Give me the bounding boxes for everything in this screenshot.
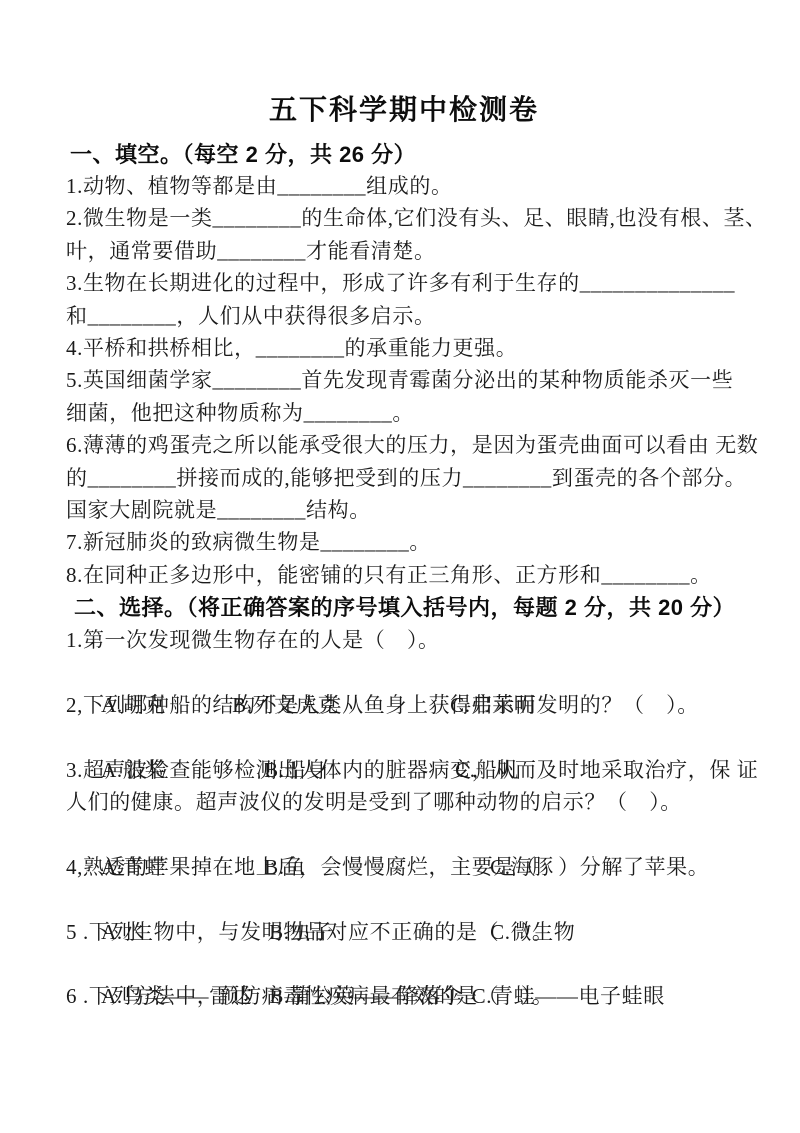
fill-q6-line3: 国家大剧院就是________结构。 [66,494,742,526]
choice-q3-stem-line1: 3.超声波检查能够检测出人体内的脏器病变，从而及时地采取治疗，保 证 [66,754,742,786]
page-title: 五下科学期中检测卷 [66,0,742,128]
fill-q5-line2: 细菌，他把这种物质称为________。 [66,397,742,429]
section-multiple-choice: 二、选择。（将正确答案的序号填入括号内，每题 2 分，共 20 分） 1.第一次… [66,591,742,1013]
choice-q3-options: A.青蛙B.鱼C.海豚 [66,818,742,850]
choice-q2-options: A.船桨B.船身C.船帆 [66,721,742,753]
choice-q2-stem: 2,下列哪种船的结构不是人类从鱼身上获得启示而发明的？（ ）。 [66,689,742,721]
choice-q3-stem-line2: 人们的健康。超声波仪的发明是受到了哪种动物的启示？（ ）。 [66,786,742,818]
fill-q2-line2: 叶，通常要借助________才能看清楚。 [66,235,742,267]
exam-paper-page: 五下科学期中检测卷 一、填空。（每空 2 分，共 26 分） 1.动物、植物等都… [0,0,800,1133]
section-fill-in-blank: 一、填空。（每空 2 分，共 26 分） 1.动物、植物等都是由________… [66,140,742,591]
choice-q4-options: A.水B.虫子C.微生物 [66,883,742,915]
fill-q6-line2: 的________拼接而成的,能够把受到的压力________到蛋壳的各个部分。 [66,462,742,494]
choice-q1-options: A.胡克B.列文虎克C.弗莱明 [66,656,742,688]
section-choice-heading: 二、选择。（将正确答案的序号填入括号内，每题 2 分，共 20 分） [66,591,742,624]
choice-q5-options: A.鸟类——雷达B.蒲公英——降落伞C.青蛙——电子蛙眼 [66,948,742,980]
fill-q1-line: 1.动物、植物等都是由________组成的。 [66,170,742,202]
fill-q6-line1: 6.薄薄的鸡蛋壳之所以能承受很大的压力，是因为蛋壳曲面可以看由 无数 [66,429,742,461]
choice-q1-stem: 1.第一次发现微生物存在的人是（ ）。 [66,624,742,656]
choice-q5-stem: 5 .下列生物中，与发明物品对应不正确的是（ ）。 [66,916,742,948]
fill-q8-line: 8.在同种正多边形中，能密铺的只有正三角形、正方形和________。 [66,559,742,591]
fill-q7-line: 7.新冠肺炎的致病微生物是________。 [66,526,742,558]
section-fill-heading: 一、填空。（每空 2 分，共 26 分） [66,140,742,170]
fill-q4-line: 4.平桥和拱桥相比，________的承重能力更强。 [66,332,742,364]
fill-q3-line1: 3.生物在长期进化的过程中，形成了许多有利于生存的______________ [66,267,742,299]
choice-q4-stem: 4,熟透的苹果掉在地上后，会慢慢腐烂，主要是（ ）分解了苹果。 [66,851,742,883]
fill-q2-line1: 2.微生物是一类________的生命体,它们没有头、足、眼睛,也没有根、茎、 [66,202,742,234]
fill-q5-line1: 5.英国细菌学家________首先发现青霉菌分泌出的某种物质能杀灭一些 [66,364,742,396]
fill-q3-line2: 和________，人们从中获得很多启示。 [66,300,742,332]
